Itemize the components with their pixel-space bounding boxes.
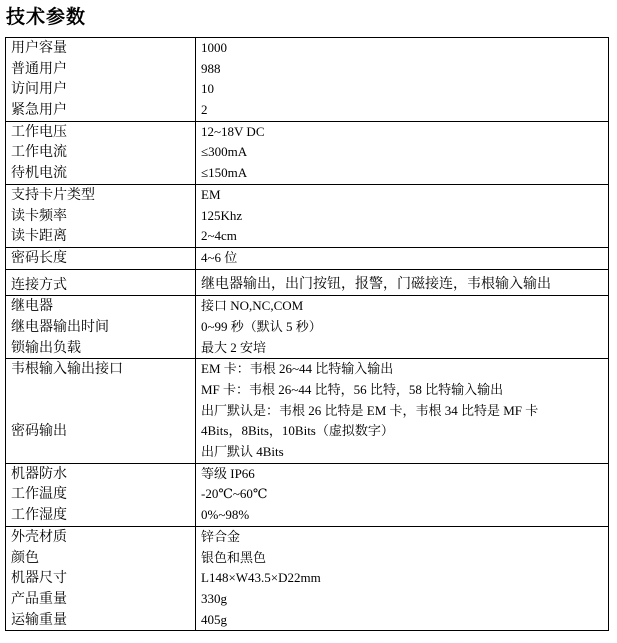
param-value: 4~6 位 <box>201 248 608 269</box>
param-label: 颜色 <box>11 548 195 569</box>
param-label: 产品重量 <box>11 589 195 610</box>
param-value: 0%~98% <box>201 505 608 526</box>
param-value: ≤150mA <box>201 163 608 184</box>
table-row-power: 工作电压 工作电流 待机电流 12~18V DC ≤300mA ≤150mA <box>6 121 609 184</box>
param-value: 125Khz <box>201 206 608 227</box>
param-value: ≤300mA <box>201 142 608 163</box>
spec-table: 用户容量 普通用户 访问用户 紧急用户 1000 988 10 2 工作电压 工… <box>5 37 609 631</box>
param-value: 405g <box>201 610 608 631</box>
table-row-connection: 连接方式 继电器输出，出门按钮，报警，门磁接连，韦根输入输出 <box>6 269 609 296</box>
param-value: 锌合金 <box>201 527 608 548</box>
param-label <box>11 442 195 463</box>
param-value: 330g <box>201 589 608 610</box>
param-label: 待机电流 <box>11 163 195 184</box>
param-values: 4~6 位 <box>196 247 609 269</box>
param-label: 紧急用户 <box>11 100 195 121</box>
param-label: 支持卡片类型 <box>11 185 195 206</box>
param-names: 连接方式 <box>6 269 196 296</box>
param-label: 连接方式 <box>11 275 195 296</box>
table-row-card: 支持卡片类型 读卡频率 读卡距离 EM 125Khz 2~4cm <box>6 184 609 247</box>
param-label: 读卡距离 <box>11 226 195 247</box>
param-label: 工作温度 <box>11 484 195 505</box>
param-label: 韦根输入输出接口 <box>11 359 195 380</box>
param-label: 普通用户 <box>11 59 195 80</box>
table-row-wiegand: 韦根输入输出接口 密码输出 EM 卡：韦根 26~44 比特输入输出 MF 卡：… <box>6 359 609 463</box>
param-value: L148×W43.5×D22mm <box>201 568 608 589</box>
param-values: 锌合金 银色和黑色 L148×W43.5×D22mm 330g 405g <box>196 526 609 630</box>
param-values: 等级 IP66 -20℃~60℃ 0%~98% <box>196 463 609 526</box>
param-value: -20℃~60℃ <box>201 484 608 505</box>
param-values: EM 卡：韦根 26~44 比特输入输出 MF 卡：韦根 26~44 比特，56… <box>196 359 609 463</box>
param-label: 读卡频率 <box>11 206 195 227</box>
table-row-physical: 外壳材质 颜色 机器尺寸 产品重量 运输重量 锌合金 银色和黑色 L148×W4… <box>6 526 609 630</box>
param-label: 工作电压 <box>11 122 195 143</box>
param-values: 继电器输出，出门按钮，报警，门磁接连，韦根输入输出 <box>196 269 609 296</box>
param-value: 0~99 秒（默认 5 秒） <box>201 317 608 338</box>
param-value: 1000 <box>201 38 608 59</box>
param-value: 12~18V DC <box>201 122 608 143</box>
param-label: 锁输出负载 <box>11 338 195 359</box>
param-label: 外壳材质 <box>11 527 195 548</box>
param-value: 出厂默认是：韦根 26 比特是 EM 卡，韦根 34 比特是 MF 卡 <box>201 401 608 422</box>
param-names: 密码长度 <box>6 247 196 269</box>
param-values: 1000 988 10 2 <box>196 38 609 122</box>
param-names: 支持卡片类型 读卡频率 读卡距离 <box>6 184 196 247</box>
param-value: MF 卡：韦根 26~44 比特，56 比特，58 比特输入输出 <box>201 380 608 401</box>
param-label: 继电器输出时间 <box>11 317 195 338</box>
param-label: 密码输出 <box>11 421 195 442</box>
param-label: 机器尺寸 <box>11 568 195 589</box>
param-label: 访问用户 <box>11 79 195 100</box>
param-value: EM <box>201 185 608 206</box>
param-values: 接口 NO,NC,COM 0~99 秒（默认 5 秒） 最大 2 安培 <box>196 296 609 359</box>
param-label: 密码长度 <box>11 248 195 269</box>
param-value: 继电器输出，出门按钮，报警，门磁接连，韦根输入输出 <box>201 275 608 296</box>
table-row-password-length: 密码长度 4~6 位 <box>6 247 609 269</box>
param-names: 外壳材质 颜色 机器尺寸 产品重量 运输重量 <box>6 526 196 630</box>
param-label: 工作湿度 <box>11 505 195 526</box>
param-value: 988 <box>201 59 608 80</box>
param-value: EM 卡：韦根 26~44 比特输入输出 <box>201 359 608 380</box>
param-label: 用户容量 <box>11 38 195 59</box>
param-value: 4Bits，8Bits，10Bits（虚拟数字） <box>201 421 608 442</box>
param-names: 机器防水 工作温度 工作湿度 <box>6 463 196 526</box>
param-names: 用户容量 普通用户 访问用户 紧急用户 <box>6 38 196 122</box>
param-value: 2~4cm <box>201 226 608 247</box>
param-value: 10 <box>201 79 608 100</box>
param-value: 接口 NO,NC,COM <box>201 296 608 317</box>
param-value: 银色和黑色 <box>201 548 608 569</box>
param-label: 运输重量 <box>11 610 195 631</box>
param-label: 继电器 <box>11 296 195 317</box>
param-values: 12~18V DC ≤300mA ≤150mA <box>196 121 609 184</box>
param-names: 韦根输入输出接口 密码输出 <box>6 359 196 463</box>
param-value: 最大 2 安培 <box>201 338 608 359</box>
table-row-relay: 继电器 继电器输出时间 锁输出负载 接口 NO,NC,COM 0~99 秒（默认… <box>6 296 609 359</box>
param-names: 工作电压 工作电流 待机电流 <box>6 121 196 184</box>
param-value: 2 <box>201 100 608 121</box>
table-row-environment: 机器防水 工作温度 工作湿度 等级 IP66 -20℃~60℃ 0%~98% <box>6 463 609 526</box>
param-value: 出厂默认 4Bits <box>201 442 608 463</box>
page-title: 技术参数 <box>6 4 86 30</box>
param-label <box>11 401 195 422</box>
param-label: 机器防水 <box>11 464 195 485</box>
param-names: 继电器 继电器输出时间 锁输出负载 <box>6 296 196 359</box>
table-row-users: 用户容量 普通用户 访问用户 紧急用户 1000 988 10 2 <box>6 38 609 122</box>
param-label <box>11 380 195 401</box>
param-values: EM 125Khz 2~4cm <box>196 184 609 247</box>
param-label: 工作电流 <box>11 142 195 163</box>
param-value: 等级 IP66 <box>201 464 608 485</box>
